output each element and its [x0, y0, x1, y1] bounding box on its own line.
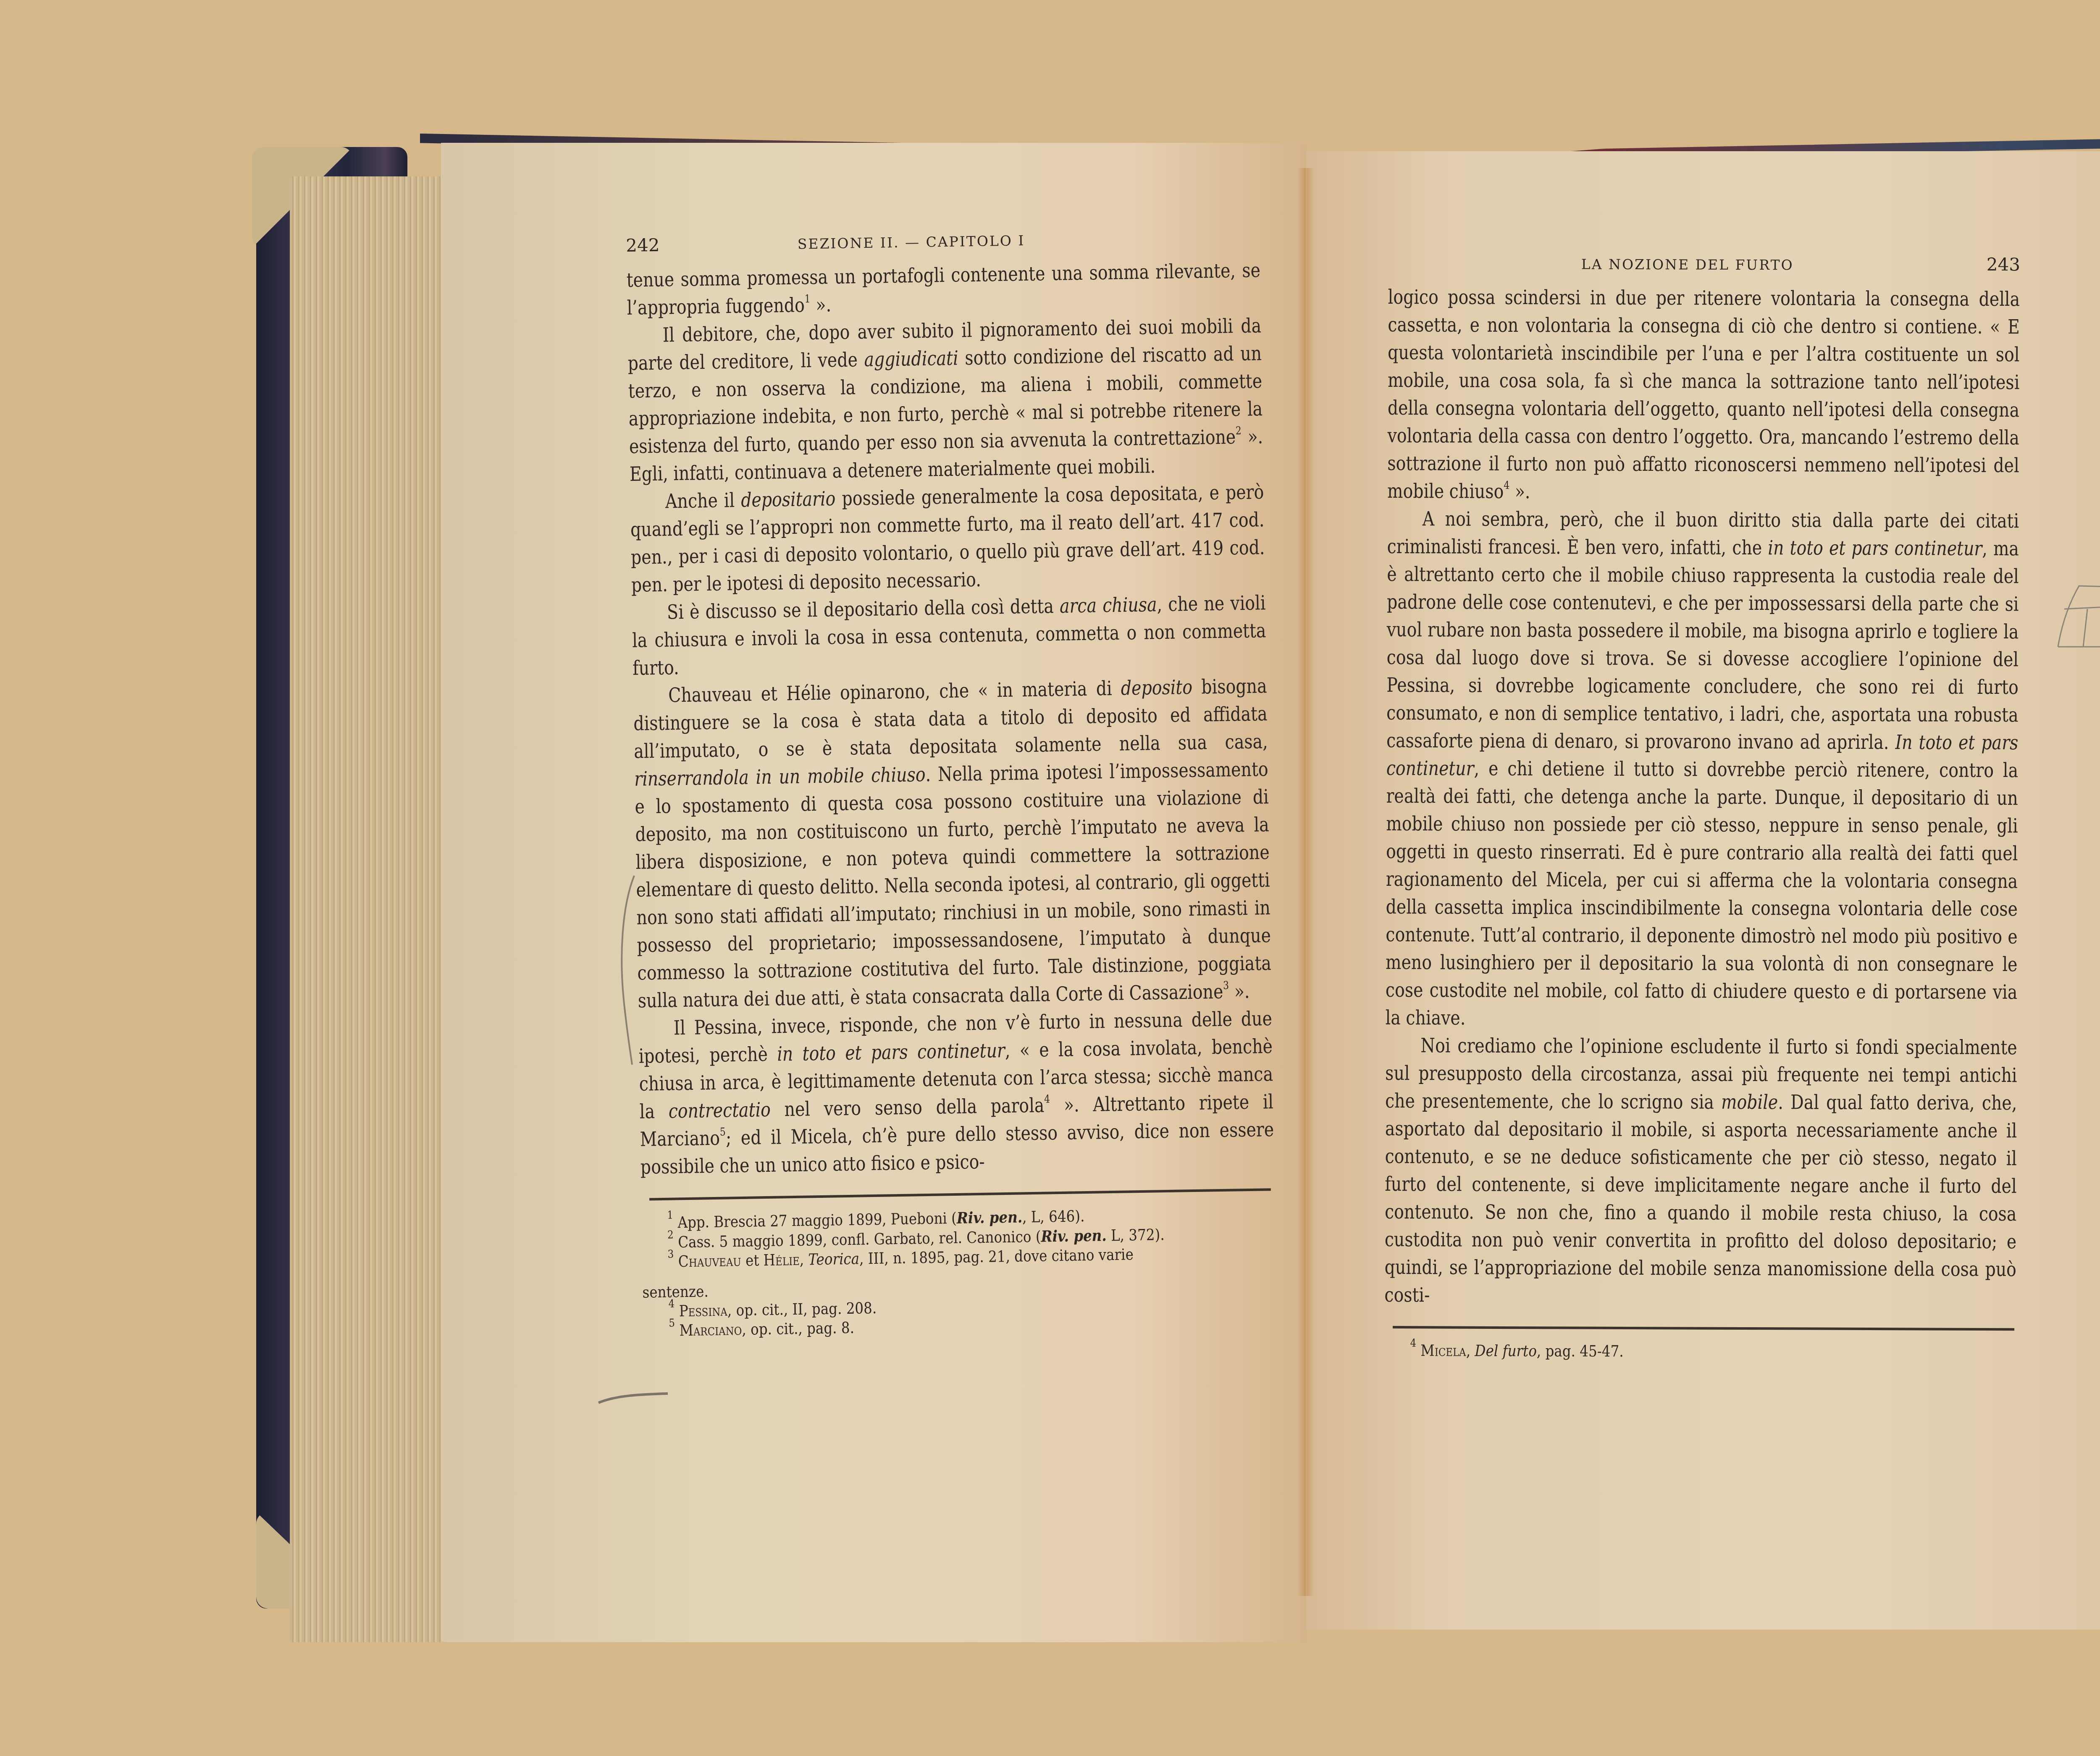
left-page-block-edges — [290, 176, 454, 1642]
left-page-textblock: 242 SEZIONE II. — CAPITOLO I tenue somma… — [626, 225, 1277, 1341]
footnote-rule — [1393, 1326, 2014, 1331]
footnote-rule — [649, 1188, 1271, 1200]
page-number: 242 — [626, 235, 660, 256]
paragraph: logico possa scindersi in due per ritene… — [1387, 283, 2020, 507]
pencil-arrow-icon — [596, 1386, 672, 1411]
paragraph: Anche il depositario possiede generalmen… — [630, 478, 1265, 599]
paragraph: Il debitore, che, dopo aver subito il pi… — [627, 312, 1263, 488]
paragraph: Si è discusso se il depositario della co… — [632, 589, 1267, 682]
paragraph: tenue somma promessa un portafogli conte… — [626, 257, 1261, 322]
body-text: tenue somma promessa un portafogli conte… — [626, 257, 1275, 1181]
pencil-sketch-icon — [2054, 584, 2100, 668]
footnote: 4 Micela, Del furto, pag. 45-47. — [1384, 1341, 2045, 1362]
right-page-textblock: LA NOZIONE DEL FURTO 243 logico possa sc… — [1384, 252, 2020, 1362]
paragraph: Noi crediamo che l’opinione escludente i… — [1384, 1032, 2017, 1311]
footnotes: 1 App. Brescia 27 maggio 1899, Pueboni (… — [641, 1203, 1278, 1341]
running-head-title: LA NOZIONE DEL FURTO — [1581, 256, 1794, 273]
running-head: LA NOZIONE DEL FURTO 243 — [1388, 252, 2020, 275]
page-number: 243 — [1987, 254, 2020, 275]
pencil-bracket-icon — [617, 874, 643, 1067]
running-head-title: SEZIONE II. — CAPITOLO I — [797, 232, 1025, 252]
paragraph: Il Pessina, invece, risponde, che non v’… — [638, 1005, 1274, 1181]
footnotes: 4 Micela, Del furto, pag. 45-47. — [1384, 1341, 2016, 1362]
body-text: logico possa scindersi in due per ritene… — [1384, 283, 2020, 1311]
paragraph: Chauveau et Hélie opinarono, che « in ma… — [633, 672, 1272, 1015]
book-gutter — [1298, 168, 1315, 1596]
paragraph: A noi sembra, però, che il buon diritto … — [1386, 505, 2019, 1034]
